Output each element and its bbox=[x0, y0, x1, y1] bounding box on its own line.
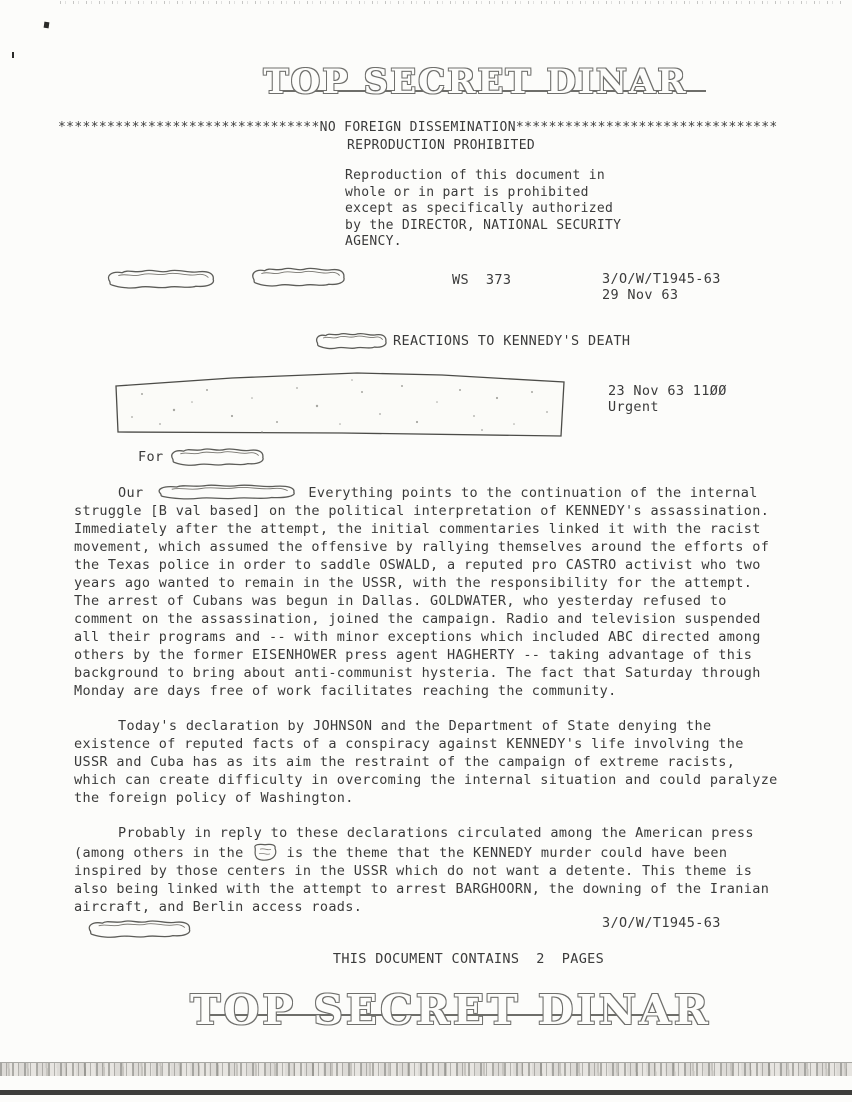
body-text: Our Everything points to the continuatio… bbox=[74, 481, 786, 916]
redaction-blob bbox=[84, 916, 194, 941]
redaction-box bbox=[112, 372, 567, 442]
redaction-blob bbox=[248, 263, 348, 290]
scan-dark-bar bbox=[0, 1090, 852, 1095]
dissemination-line: ********************************NO FOREI… bbox=[58, 119, 778, 137]
paragraph-1-lead: Our bbox=[118, 485, 143, 501]
asterisks-left: ******************************** bbox=[58, 120, 320, 135]
footer-serial: 3/O/W/T1945-63 bbox=[602, 914, 721, 932]
reproduction-notice: Reproduction of this document in whole o… bbox=[345, 168, 627, 251]
reproduction-prohibited-label: REPRODUCTION PROHIBITED bbox=[347, 137, 535, 155]
subject-title: REACTIONS TO KENNEDY'S DEATH bbox=[393, 332, 630, 350]
redaction-blob-inline bbox=[152, 481, 300, 502]
scan-speck bbox=[44, 22, 50, 29]
bottom-classification-stamp: TOP SECRET DINAR bbox=[188, 986, 713, 1034]
redaction-blob-small bbox=[252, 842, 278, 862]
serial-number: 3/O/W/T1945-63 bbox=[602, 271, 721, 287]
asterisks-right: ******************************** bbox=[516, 120, 778, 135]
scan-speck bbox=[12, 52, 14, 58]
paragraph-1: Our Everything points to the continuatio… bbox=[74, 481, 786, 700]
scan-noise-top bbox=[60, 1, 842, 4]
message-datetime: 23 Nov 63 11ØØ bbox=[608, 383, 727, 399]
ws-number: WS 373 bbox=[452, 271, 511, 289]
page-count-line: THIS DOCUMENT CONTAINS 2 PAGES bbox=[85, 950, 852, 968]
redaction-blob bbox=[313, 329, 389, 352]
paragraph-2: Today's declaration by JOHNSON and the D… bbox=[74, 717, 786, 807]
redaction-blob bbox=[167, 444, 267, 469]
scan-noise-band bbox=[0, 1062, 852, 1076]
top-classification-stamp: TOP SECRET DINAR bbox=[258, 62, 693, 102]
for-label: For bbox=[138, 448, 163, 466]
no-foreign-dissemination-label: NO FOREIGN DISSEMINATION bbox=[320, 120, 516, 135]
document-page: TOP SECRET DINAR ***********************… bbox=[0, 0, 852, 1102]
paragraph-1-text: Everything points to the continuation of… bbox=[74, 485, 769, 699]
redaction-blob bbox=[103, 265, 218, 292]
paragraph-3: Probably in reply to these declarations … bbox=[74, 824, 786, 916]
message-precedence: Urgent bbox=[608, 399, 727, 415]
header-date: 29 Nov 63 bbox=[602, 287, 721, 303]
